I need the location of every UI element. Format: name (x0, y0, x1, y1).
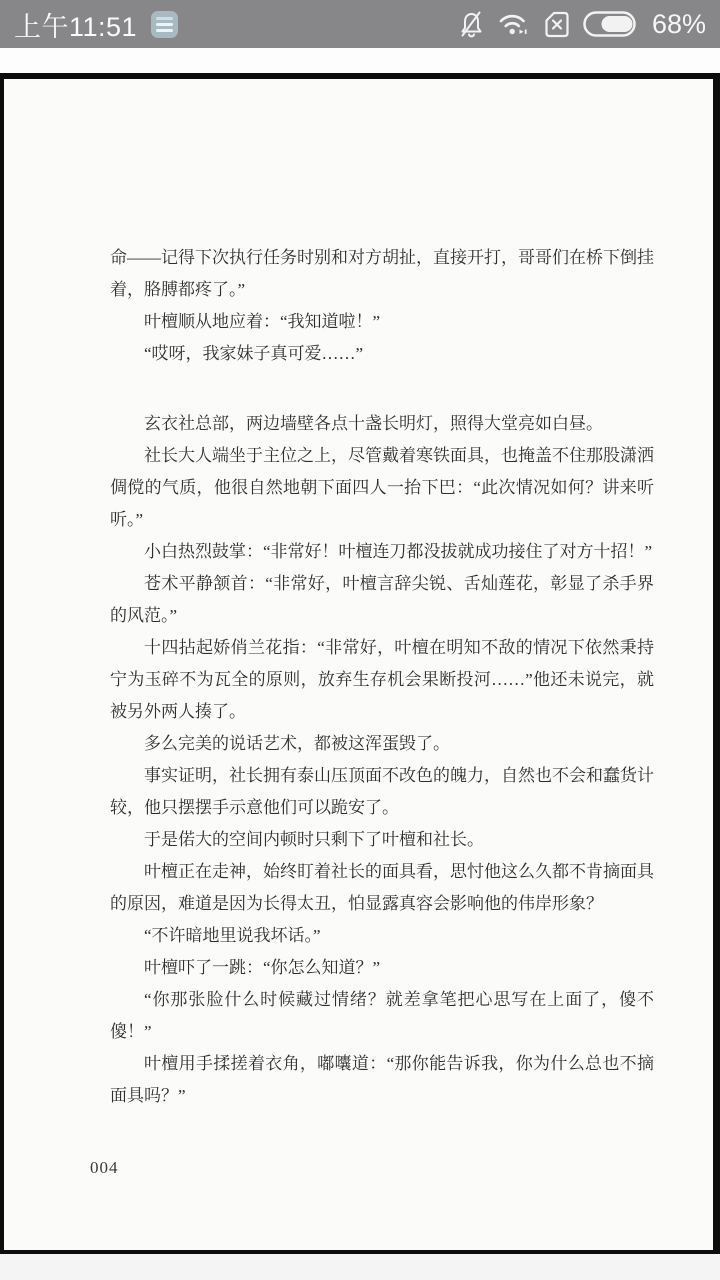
page-text-block: 命——记得下次执行任务时别和对方胡扯，直接开打，哥哥们在桥下倒挂着，胳膊都疼了。… (110, 242, 654, 1112)
status-bar[interactable]: 上午11:51 (0, 0, 720, 48)
paragraph: 社长大人端坐于主位之上，尽管戴着寒铁面具，也掩盖不住那股潇洒倜傥的气质，他很自然… (110, 440, 654, 536)
battery-icon (583, 10, 637, 38)
book-page[interactable]: 命——记得下次执行任务时别和对方胡扯，直接开打，哥哥们在桥下倒挂着，胳膊都疼了。… (0, 73, 720, 1254)
paragraph: 叶檀吓了一跳：“你怎么知道？” (110, 952, 654, 984)
status-time: 上午11:51 (14, 5, 137, 44)
paragraph: 叶檀顺从地应着：“我知道啦！” (110, 306, 654, 338)
sim-card-missing-icon (544, 10, 570, 39)
paragraph: 小白热烈鼓掌：“非常好！叶檀连刀都没拔就成功接住了对方十招！” (110, 536, 654, 568)
paragraph: 玄衣社总部，两边墙壁各点十盏长明灯，照得大堂亮如白昼。 (110, 408, 654, 440)
message-notification-icon (151, 11, 178, 38)
page-number: 004 (90, 1158, 119, 1178)
paragraph: “你那张脸什么时候藏过情绪？就差拿笔把心思写在上面了，傻不傻！” (110, 984, 654, 1048)
paragraph: “哎呀，我家妹子真可爱……” (110, 338, 654, 370)
paragraph: 于是偌大的空间内顿时只剩下了叶檀和社长。 (110, 824, 654, 856)
battery-percent-label: 68% (652, 9, 706, 40)
bell-muted-icon (458, 9, 485, 39)
paragraph: 叶檀正在走神，始终盯着社长的面具看，思忖他这么久都不肯摘面具的原因，难道是因为长… (110, 856, 654, 920)
reader-bottom-margin (0, 1254, 720, 1280)
paragraph: 叶檀用手揉搓着衣角，嘟囔道：“那你能告诉我，你为什么总也不摘面具吗？” (110, 1048, 654, 1112)
wifi-icon (498, 9, 531, 39)
paragraph: 事实证明，社长拥有泰山压顶面不改色的魄力，自然也不会和蠢货计较，他只摆摆手示意他… (110, 760, 654, 824)
status-bar-right: 68% (458, 9, 706, 40)
paragraph: 苍术平静颔首：“非常好，叶檀言辞尖锐、舌灿莲花，彰显了杀手界的风范。” (110, 568, 654, 632)
paragraph: 多么完美的说话艺术，都被这浑蛋毁了。 (110, 728, 654, 760)
reader-top-margin (0, 48, 720, 73)
paragraph: “不许暗地里说我坏话。” (110, 920, 654, 952)
status-bar-left: 上午11:51 (14, 5, 178, 44)
phone-screen: 上午11:51 (0, 0, 720, 1280)
paragraph: 命——记得下次执行任务时别和对方胡扯，直接开打，哥哥们在桥下倒挂着，胳膊都疼了。… (110, 242, 654, 306)
paragraph: 十四拈起娇俏兰花指：“非常好，叶檀在明知不敌的情况下依然秉持宁为玉碎不为瓦全的原… (110, 632, 654, 728)
